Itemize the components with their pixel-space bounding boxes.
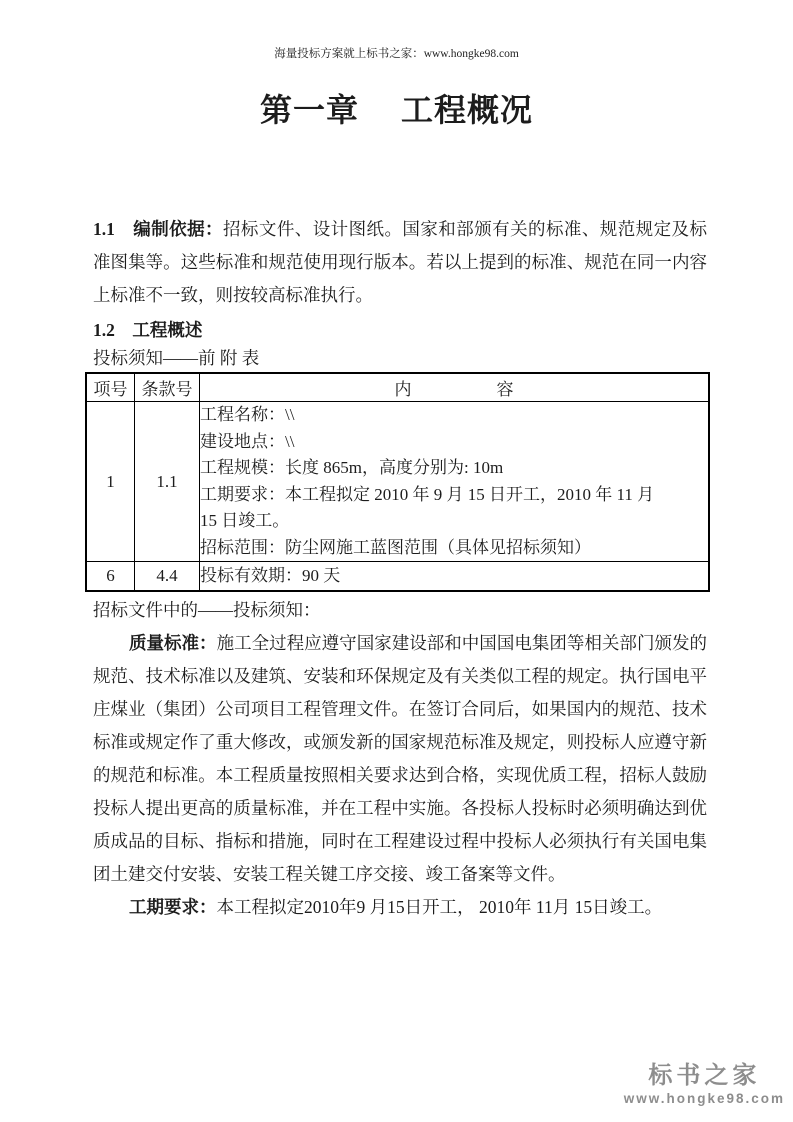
table-row: 6 4.4 投标有效期：90 天 <box>86 562 709 592</box>
cell-content: 投标有效期：90 天 <box>200 562 710 592</box>
section-1-2-heading: 1.2 工程概述 <box>93 315 707 345</box>
cell-clause-no: 4.4 <box>135 562 200 592</box>
table-caption: 投标须知——前 附 表 <box>93 345 707 372</box>
cell-item-no: 1 <box>86 402 135 562</box>
cell-clause-no: 1.1 <box>135 402 200 562</box>
content-line: 建设地点：\\ <box>200 429 708 456</box>
content-line: 工程名称：\\ <box>200 402 708 429</box>
document-body: 1.1 编制依据：招标文件、设计图纸。国家和部颁有关的标准、规范规定及标准图集等… <box>93 213 707 924</box>
bid-notice-table: 项号 条款号 内 容 1 1.1 工程名称：\\ 建设地点：\\ 工程规模：长度… <box>85 372 710 592</box>
brand-logo: 标书之家 <box>624 1062 785 1090</box>
table-row: 1 1.1 工程名称：\\ 建设地点：\\ 工程规模：长度 865m，高度分别为… <box>86 402 709 562</box>
cell-item-no: 6 <box>86 562 135 592</box>
quality-lead: 质量标准： <box>129 633 217 653</box>
content-line: 工期要求：本工程拟定 2010 年 9 月 15 日开工，2010 年 11 月 <box>200 482 708 509</box>
para-1-1-lead: 1.1 编制依据： <box>93 219 223 239</box>
quality-paragraph: 质量标准：施工全过程应遵守国家建设部和中国国电集团等相关部门颁发的规范、技术标准… <box>93 627 707 891</box>
content-line: 投标有效期：90 天 <box>200 563 708 590</box>
header-cell-clause-no: 条款号 <box>135 373 200 402</box>
schedule-text: 本工程拟定2010年9 月15日开工， 2010年 11月 15日竣工。 <box>217 897 663 917</box>
quality-text: 施工全过程应遵守国家建设部和中国国电集团等相关部门颁发的规范、技术标准以及建筑、… <box>93 633 707 884</box>
header-cell-content: 内 容 <box>200 373 710 402</box>
table-header-row: 项号 条款号 内 容 <box>86 373 709 402</box>
brand-watermark: 标书之家 www.hongke98.com <box>624 1062 785 1107</box>
para-1-1: 1.1 编制依据：招标文件、设计图纸。国家和部颁有关的标准、规范规定及标准图集等… <box>93 213 707 312</box>
doc-title: 第一章 工程概况 <box>0 88 793 132</box>
content-line: 15 日竣工。 <box>200 508 708 535</box>
after-table-note: 招标文件中的——投标须知： <box>93 594 707 627</box>
header-cell-item-no: 项号 <box>86 373 135 402</box>
document-page: { "page": { "header_text": "海量投标方案就上标书之家… <box>0 0 793 1122</box>
brand-url: www.hongke98.com <box>624 1090 785 1107</box>
cell-content: 工程名称：\\ 建设地点：\\ 工程规模：长度 865m，高度分别为: 10m … <box>200 402 710 562</box>
schedule-paragraph: 工期要求：本工程拟定2010年9 月15日开工， 2010年 11月 15日竣工… <box>93 891 707 924</box>
content-line: 工程规模：长度 865m，高度分别为: 10m <box>200 455 708 482</box>
schedule-lead: 工期要求： <box>129 897 217 917</box>
page-header-text: 海量投标方案就上标书之家：www.hongke98.com <box>0 46 793 62</box>
content-line: 招标范围：防尘网施工蓝图范围（具体见招标须知） <box>200 535 708 562</box>
